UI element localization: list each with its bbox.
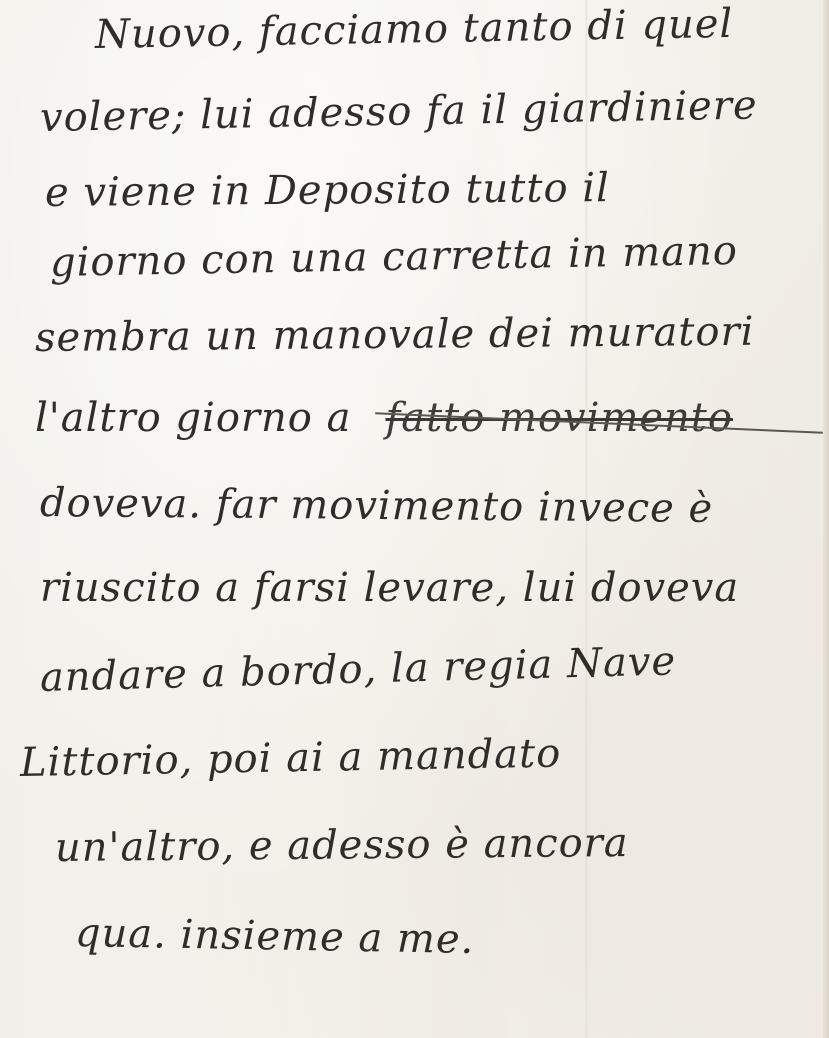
letter-line-5: sembra un manovale dei muratori [35, 309, 755, 361]
letter-line-11: un'altro, e adesso è ancora [55, 820, 629, 871]
letter-line-4: giorno con una carretta in mano [50, 228, 739, 286]
letter-line-2: volere; lui adesso fa il giardiniere [40, 82, 758, 141]
letter-line-9: andare a bordo, la regia Nave [39, 638, 676, 701]
letter-line-12: qua. insieme a me. [75, 910, 475, 963]
struck-through-text: fatto movimento [385, 395, 733, 441]
letter-line-7: doveva. far movimento invece è [40, 480, 714, 532]
letter-line-1: Nuovo, facciamo tanto di quel [95, 1, 734, 58]
letter-line-6-text: l'altro giorno a [35, 395, 351, 441]
letter-line-10: Littorio, poi ai a mandato [20, 731, 562, 786]
letter-line-3: e viene in Deposito tutto il [45, 165, 610, 216]
letter-line-8: riuscito a farsi levare, lui doveva [40, 565, 739, 611]
paper-edge [823, 0, 829, 1038]
letter-page: Nuovo, facciamo tanto di quel volere; lu… [0, 0, 829, 1038]
letter-line-6: l'altro giorno afatto movimento [35, 395, 733, 441]
